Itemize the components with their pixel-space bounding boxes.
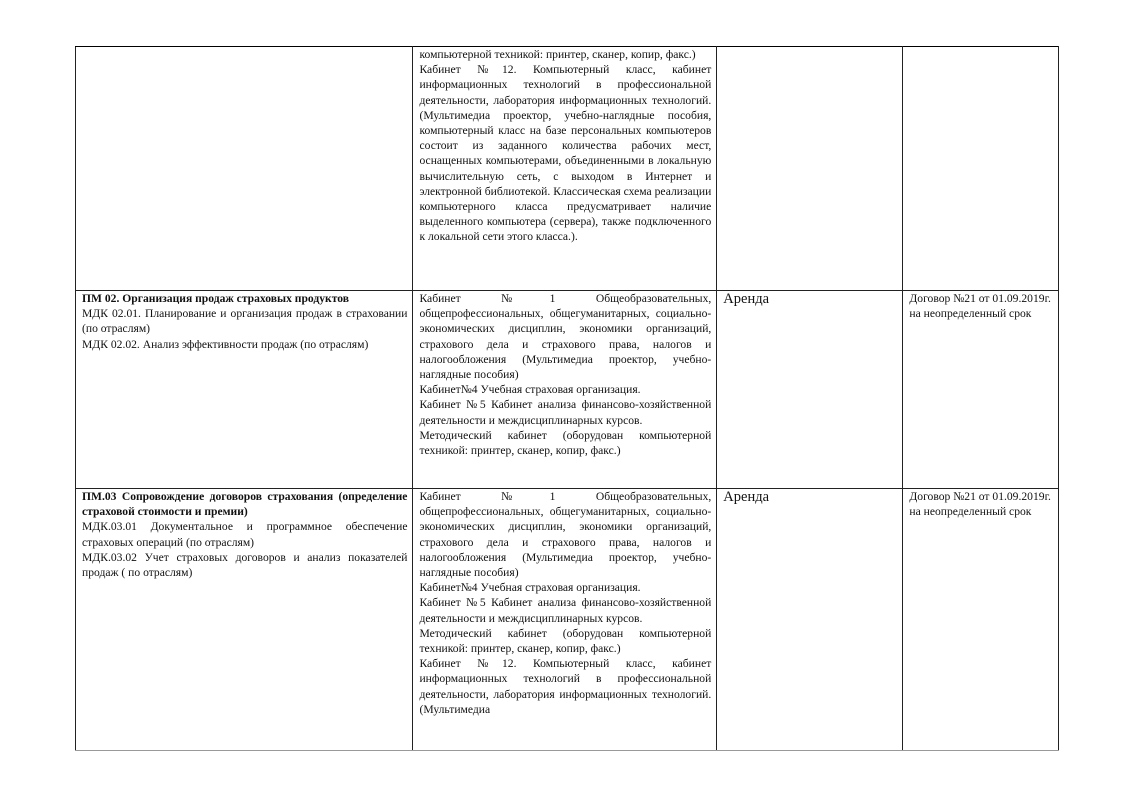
room-entry: Кабинет №1 Общеобразовательных, общепроф…: [419, 489, 711, 580]
course-entry: МДК 02.02. Анализ эффективности продаж (…: [82, 337, 407, 352]
document-cell: [903, 47, 1059, 291]
contract-number: Договор №21 от 01.09.2019г.: [909, 489, 1053, 504]
module-title: ПМ.03 Сопровождение договоров страховани…: [82, 489, 407, 519]
ownership-value: Аренда: [723, 291, 769, 307]
room-entry: Кабинет№4 Учебная страховая организация.: [419, 382, 711, 397]
discipline-cell: ПМ 02. Организация продаж страховых прод…: [76, 291, 413, 489]
ownership-cell: [717, 47, 903, 291]
room-entry: Кабинет №12. Компьютерный класс, кабинет…: [419, 656, 711, 717]
course-entry: МДК 02.01. Планирование и организация пр…: [82, 306, 407, 336]
contract-number: Договор №21 от 01.09.2019г.: [909, 291, 1053, 306]
ownership-cell: Аренда: [717, 291, 903, 489]
rooms-cell: Кабинет №1 Общеобразовательных, общепроф…: [413, 489, 717, 751]
room-entry: Методический кабинет (оборудован компьют…: [419, 626, 711, 656]
contract-term: на неопределенный срок: [909, 504, 1053, 519]
room-entry: компьютерной техникой: принтер, сканер, …: [419, 47, 711, 62]
room-entry: Кабинет №5 Кабинет анализа финансово-хоз…: [419, 397, 711, 427]
ownership-value: Аренда: [723, 489, 769, 505]
room-entry: Кабинет №12. Компьютерный класс, кабинет…: [419, 62, 711, 244]
discipline-cell: ПМ.03 Сопровождение договоров страховани…: [76, 489, 413, 751]
contract-term: на неопределенный срок: [909, 306, 1053, 321]
room-entry: Кабинет №5 Кабинет анализа финансово-хоз…: [419, 595, 711, 625]
room-entry: Кабинет№4 Учебная страховая организация.: [419, 580, 711, 595]
table-row: ПМ 02. Организация продаж страховых прод…: [76, 291, 1059, 489]
ownership-cell: Аренда: [717, 489, 903, 751]
course-entry: МДК.03.01 Документальное и программное о…: [82, 519, 407, 549]
table-row: компьютерной техникой: принтер, сканер, …: [76, 47, 1059, 291]
module-title: ПМ 02. Организация продаж страховых прод…: [82, 291, 407, 306]
facilities-table: компьютерной техникой: принтер, сканер, …: [75, 46, 1059, 751]
rooms-cell: Кабинет №1 Общеобразовательных, общепроф…: [413, 291, 717, 489]
room-entry: Методический кабинет (оборудован компьют…: [419, 428, 711, 458]
table-row: ПМ.03 Сопровождение договоров страховани…: [76, 489, 1059, 751]
document-cell: Договор №21 от 01.09.2019г. на неопредел…: [903, 291, 1059, 489]
document-cell: Договор №21 от 01.09.2019г. на неопредел…: [903, 489, 1059, 751]
discipline-cell: [76, 47, 413, 291]
room-entry: Кабинет №1 Общеобразовательных, общепроф…: [419, 291, 711, 382]
rooms-cell: компьютерной техникой: принтер, сканер, …: [413, 47, 717, 291]
course-entry: МДК.03.02 Учет страховых договоров и ана…: [82, 550, 407, 580]
document-page: компьютерной техникой: принтер, сканер, …: [0, 0, 1123, 794]
